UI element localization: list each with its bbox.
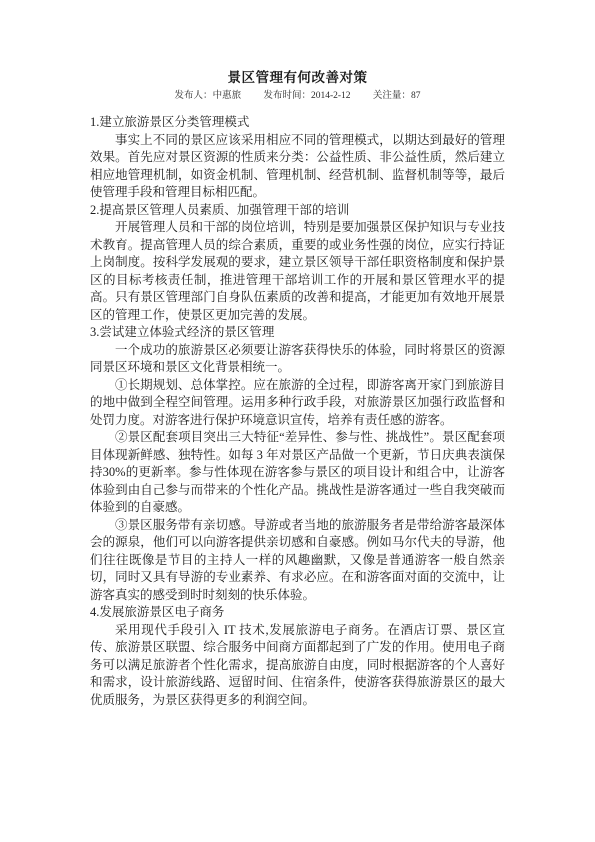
section-3-paragraph-4: ③景区服务带有亲切感。导游或者当地的旅游服务者是带给游客最深体会的源泉，他们可以…	[90, 517, 505, 605]
section-3: 3.尝试建立体验式经济的景区管理 一个成功的旅游景区必须要让游客获得快乐的体验，…	[90, 324, 505, 604]
section-2-paragraph-1: 开展管理人员和干部的岗位培训，特别是要加强景区保护知识与专业技术教育。提高管理人…	[90, 219, 505, 324]
page-title: 景区管理有何改善对策	[0, 0, 595, 86]
section-1: 1.建立旅游景区分类管理模式 事实上不同的景区应该采用相应不同的管理模式，以期达…	[90, 114, 505, 202]
publisher-label: 发布人：	[175, 91, 213, 101]
section-2: 2.提高景区管理人员素质、加强管理干部的培训 开展管理人员和干部的岗位培训，特别…	[90, 202, 505, 325]
meta-line: 发布人：中惠旅 发布时间：2014-2-12 关注量：87	[0, 90, 595, 103]
section-3-paragraph-3: ②景区配套项目突出三大特征“差异性、参与性、挑战性”。景区配套项目体现新鲜感、独…	[90, 429, 505, 517]
publisher-value: 中惠旅	[213, 91, 242, 101]
section-4: 4.发展旅游景区电子商务 采用现代手段引入 IT 技术,发展旅游电子商务。在酒店…	[90, 604, 505, 709]
document-body: 1.建立旅游景区分类管理模式 事实上不同的景区应该采用相应不同的管理模式，以期达…	[90, 114, 505, 709]
document-page: 景区管理有何改善对策 发布人：中惠旅 发布时间：2014-2-12 关注量：87…	[0, 0, 595, 842]
meta-view-count: 关注量：87	[373, 90, 421, 103]
publish-time-label: 发布时间：	[263, 91, 311, 101]
meta-publish-time: 发布时间：2014-2-12	[263, 90, 350, 103]
section-3-paragraph-2: ①长期规划、总体掌控。应在旅游的全过程，即游客离开家门到旅游目的地中做到全程空间…	[90, 377, 505, 430]
view-count-label: 关注量：	[373, 91, 411, 101]
publish-time-value: 2014-2-12	[311, 91, 351, 101]
section-4-paragraph-1: 采用现代手段引入 IT 技术,发展旅游电子商务。在酒店订票、景区宣传、旅游景区联…	[90, 622, 505, 710]
section-1-paragraph-1: 事实上不同的景区应该采用相应不同的管理模式，以期达到最好的管理效果。首先应对景区…	[90, 132, 505, 202]
meta-publisher: 发布人：中惠旅	[175, 90, 242, 103]
section-3-heading: 3.尝试建立体验式经济的景区管理	[90, 324, 505, 342]
section-1-heading: 1.建立旅游景区分类管理模式	[90, 114, 505, 132]
view-count-value: 87	[411, 91, 421, 101]
section-2-heading: 2.提高景区管理人员素质、加强管理干部的培训	[90, 202, 505, 220]
section-3-paragraph-1: 一个成功的旅游景区必须要让游客获得快乐的体验，同时将景区的资源同景区环境和景区文…	[90, 342, 505, 377]
section-4-heading: 4.发展旅游景区电子商务	[90, 604, 505, 622]
